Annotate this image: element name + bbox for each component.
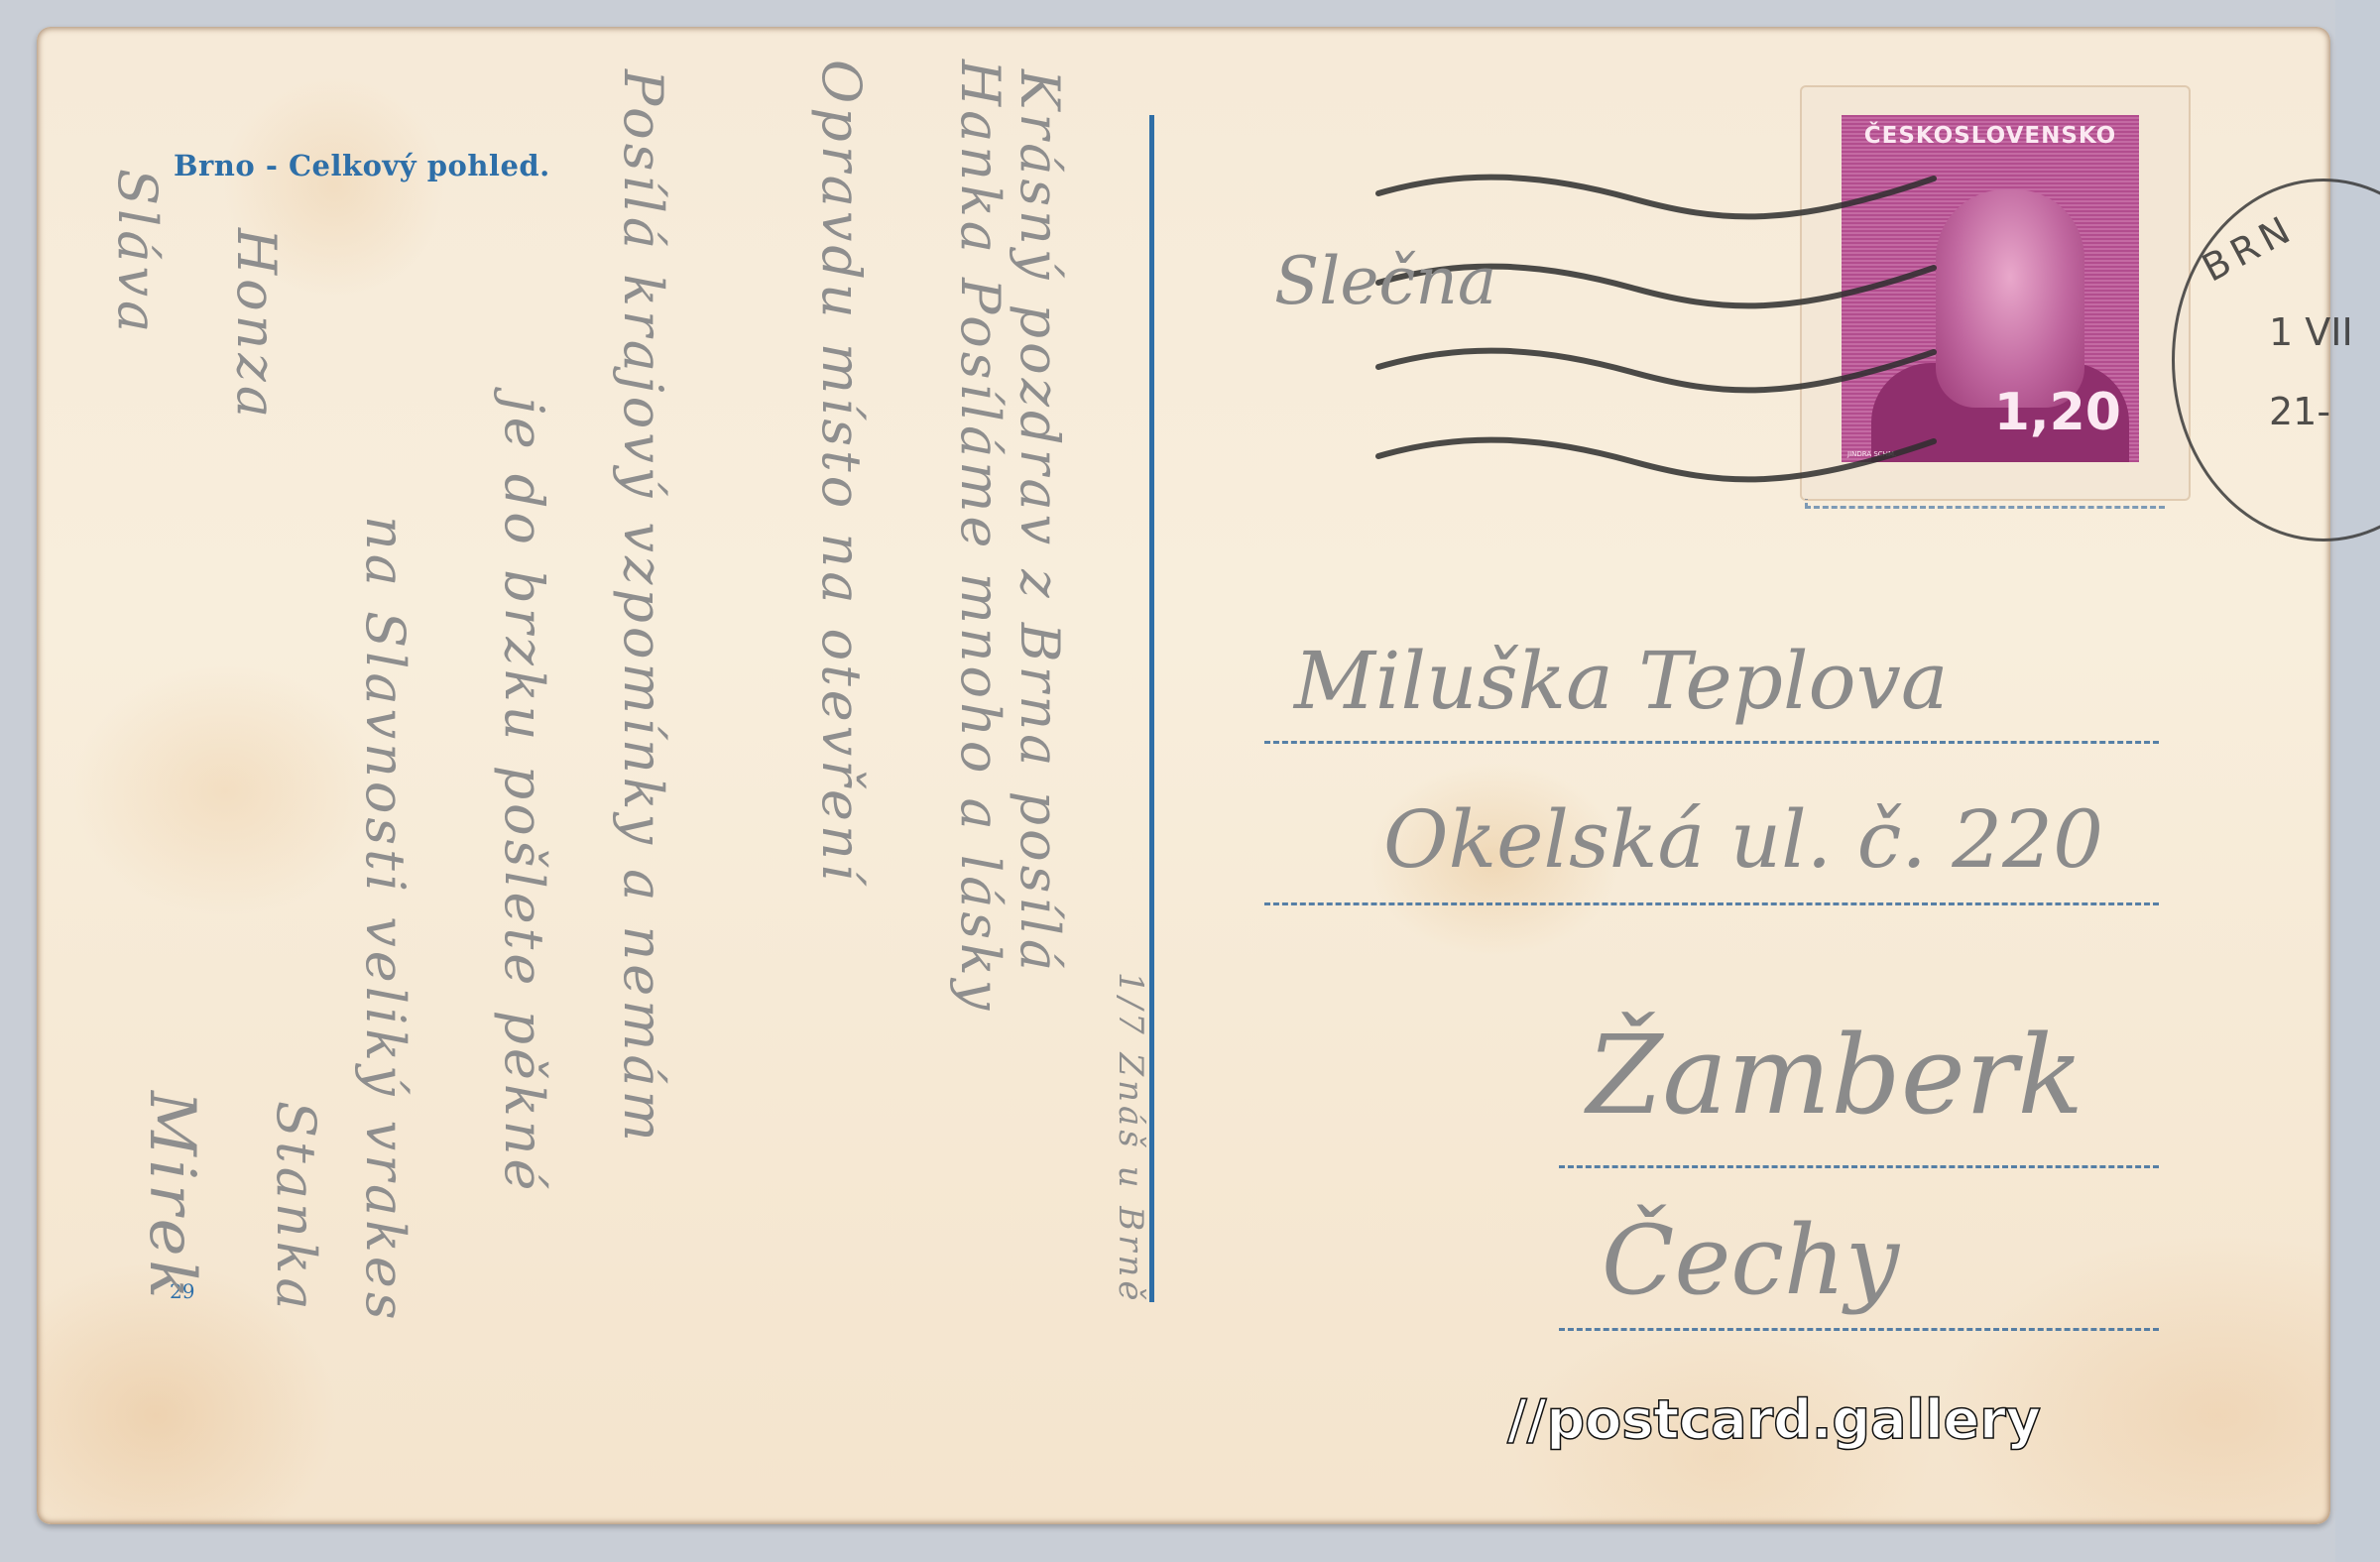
- side-note: 1/7 Znáš u Brně: [1111, 972, 1150, 1305]
- address-line-2: [1264, 902, 2159, 905]
- watermark: //postcard.gallery: [1507, 1388, 2041, 1451]
- message-column: Hanka Posíláme mnoho a lásky: [949, 60, 1011, 1014]
- address-line-4: [1559, 1328, 2159, 1331]
- address-region: Čechy: [1602, 1205, 1899, 1316]
- message-column: Posílá krajový vzpomínky a nemám: [612, 69, 674, 1145]
- stamp-portrait: [1936, 189, 2084, 408]
- printed-caption: Brno - Celkový pohled.: [174, 149, 550, 182]
- address-line-1: [1264, 741, 2159, 744]
- stamp-value: 1,20: [1994, 383, 2121, 442]
- address-recipient: Miluška Teplova: [1294, 635, 1949, 727]
- signature: Mirek: [135, 1091, 208, 1302]
- message-column: je do brzku pošlete pěkné: [493, 397, 555, 1194]
- cancellation-waves: [1373, 169, 1939, 486]
- message-column: na Slavnosti veliký vrakes: [354, 516, 416, 1324]
- postmark-time: 21-: [2269, 390, 2330, 433]
- stamp-country: ČESKOSLOVENSKO: [1842, 123, 2139, 149]
- signature: Stanka: [265, 1101, 327, 1314]
- address-salutation: Slečna: [1274, 243, 1496, 319]
- message-column: Krásný pozdrav z Brna posílá: [1009, 69, 1071, 975]
- message-column: Opravdu místo na otevření: [810, 60, 873, 885]
- postmark-date: 1 VII: [2269, 310, 2353, 354]
- address-town: Žamberk: [1587, 1012, 2083, 1139]
- address-street: Okelská ul. č. 220: [1383, 793, 2103, 886]
- message-column: Honza: [225, 228, 288, 421]
- address-line-3: [1559, 1165, 2159, 1168]
- message-column: Sláva: [106, 169, 169, 336]
